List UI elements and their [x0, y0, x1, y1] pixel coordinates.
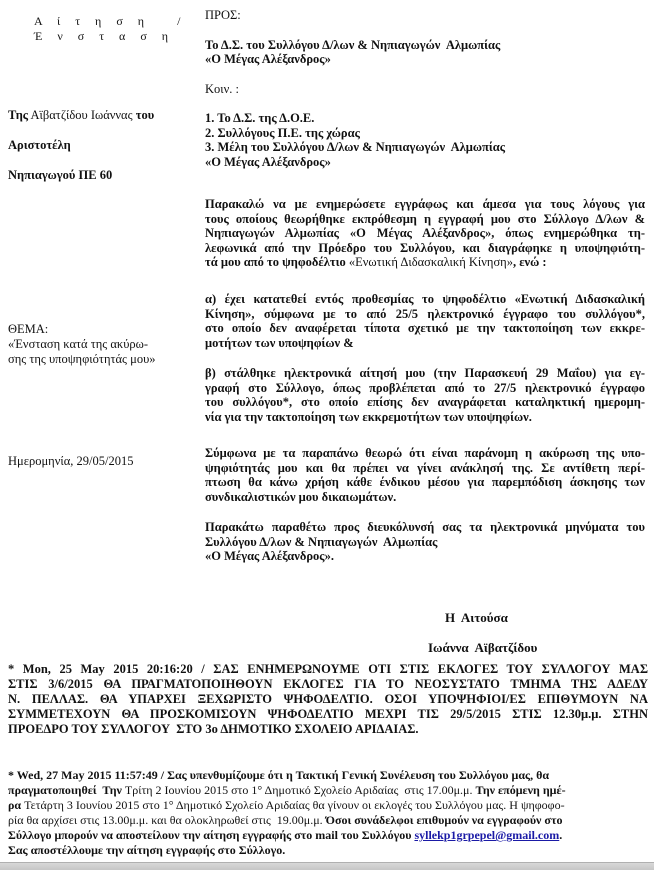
paragraph-request: Παρακαλώ να με ενημερώσετε εγγράφως και … — [205, 197, 645, 270]
paragraph-attachments: Παρακάτω παραθέτω προς διευκόλυνσή σας τ… — [205, 520, 645, 564]
email-note-1: * Mon, 25 May 2015 20:16:20 / ΣΑΣ ΕΝΗΜΕΡ… — [8, 662, 648, 737]
note2-line6: Σας αποστέλλουμε την αίτηση εγγραφής στο… — [8, 843, 648, 858]
subject-label: ΘΕΜΑ: — [8, 322, 188, 337]
p1-line: Παρακαλώ να με ενημερώσετε εγγράφως και … — [205, 197, 645, 212]
cc-item-3: 3. Μέλη του Συλλόγου Δ/λων & Νηπιαγωγών … — [205, 140, 645, 155]
pb-line: β) στάλθηκε ηλεκτρονικά αίτησή μου (την … — [205, 366, 645, 381]
note2-l2-normal: Τρίτη 2 Ιουνίου 2015 στο 1° Δημοτικό Σχο… — [125, 783, 476, 797]
p1-line-last: τά μου από το ψηφοδέλτιο «Ενωτική Διδασκ… — [205, 255, 645, 270]
pb-line: του συλλόγου*, στο οποίο επίσης δεν αναγ… — [205, 395, 645, 410]
sender-suffix: του — [136, 108, 155, 122]
note2-l2-bold: πραγματοποιηθεί Την — [8, 783, 125, 797]
note2-line4: ρία θα αρχίσει στις 13.00μ.μ. και θα ολο… — [8, 813, 648, 828]
note2-l3-bold: ρα — [8, 798, 24, 812]
note1-line: ΣΤΙΣ 3/6/2015 ΘΑ ΠΡΑΓΜΑΤΟΠΟΙΗΘΟΥΝ ΕΚΛΟΓΕ… — [8, 677, 648, 692]
pa-line: Κίνηση», σύμφωνα με το από 25/5 ηλεκτρον… — [205, 307, 645, 322]
p1-last-suffix: , ενώ : — [513, 255, 547, 269]
note1-line: Ν. ΠΕΛΛΑΣ. ΘΑ ΥΠΑΡΧΕΙ ΞΕΧΩΡΙΣΤΟ ΨΗΦΟΔΕΛΤ… — [8, 692, 648, 707]
to-label: ΠΡΟΣ: — [205, 8, 645, 23]
to-line1: Το Δ.Σ. του Συλλόγου Δ/λων & Νηπιαγωγών … — [205, 38, 645, 53]
note2-line3: ρα Τετάρτη 3 Ιουνίου 2015 στο 1° Δημοτικ… — [8, 798, 648, 813]
paragraph-conclusion: Σύμφωνα με τα παραπάνω θεωρώ ότι είναι π… — [205, 446, 645, 504]
sender-block: Της Αϊβατζίδου Ιωάννας του Αριστοτέλη Νη… — [8, 108, 188, 183]
recipient-block: ΠΡΟΣ: Το Δ.Σ. του Συλλόγου Δ/λων & Νηπια… — [205, 8, 645, 169]
signature-name: Ιωάννα Αϊβατζίδου — [428, 640, 537, 656]
window-bottom-edge — [0, 862, 654, 870]
pa-line: στο οποίο δεν αναφέρεται τίποτα σχετικό … — [205, 321, 645, 336]
subject-line1: «Ένσταση κατά της ακύρω- — [8, 337, 188, 352]
subject-line2: σης της υποψηφιότητάς μου» — [8, 352, 188, 367]
paragraph-a: α) έχει κατατεθεί εντός προθεσμίας το ψη… — [205, 292, 645, 350]
ballot-name: «Ενωτική Διδασκαλική Κίνηση» — [349, 255, 513, 269]
document-title: Α ί τ η σ η / Έ ν σ τ α σ η — [34, 14, 174, 44]
note2-line2: πραγματοποιηθεί Την Τρίτη 2 Ιουνίου 2015… — [8, 783, 648, 798]
p1-line: Νηπιαγωγών Αλμωπίας «Ο Μέγας Αλέξανδρος»… — [205, 226, 645, 241]
note2-l3-normal: Τετάρτη 3 Ιουνίου 2015 στο 1° Δημοτικό Σ… — [24, 798, 564, 812]
subject-block: ΘΕΜΑ: «Ένσταση κατά της ακύρω- σης της υ… — [8, 322, 188, 367]
note2-l4-normal: ρία θα αρχίσει στις 13.00μ.μ. και θα ολο… — [8, 813, 326, 827]
email-link[interactable]: syllekp1grpepel@gmail.com — [414, 828, 559, 842]
cc-item-4: «Ο Μέγας Αλέξανδρος» — [205, 155, 645, 170]
p1-last-prefix: τά μου από το ψηφοδέλτιο — [205, 255, 349, 269]
note2-l2-bold-end: Την επόμενη ημέ- — [475, 783, 565, 797]
pa-line: μοτήτων των υποψηφίων & — [205, 336, 645, 351]
pd-line: «Ο Μέγας Αλέξανδρος». — [205, 549, 645, 564]
pa-line: α) έχει κατατεθεί εντός προθεσμίας το ψη… — [205, 292, 645, 307]
pc-line: Σύμφωνα με τα παραπάνω θεωρώ ότι είναι π… — [205, 446, 645, 461]
cc-label: Κοιν. : — [205, 82, 645, 97]
sender-prefix: Της — [8, 108, 28, 122]
pc-line: ψηφιότητάς μου και θα πρέπει να γίνει αν… — [205, 461, 645, 476]
note2-l4-bold: Όσοι συνάδελφοι επιθυμούν να εγγραφούν σ… — [326, 813, 563, 827]
note2-line1: * Wed, 27 May 2015 11:57:49 / Σας υπενθυ… — [8, 768, 648, 783]
sender-line1: Της Αϊβατζίδου Ιωάννας του — [8, 108, 188, 123]
note2-l5-text: Σύλλογο μπορούν να αποστείλουν την αίτησ… — [8, 828, 414, 842]
document-title-line2: Έ ν σ τ α σ η — [34, 29, 174, 44]
pb-line: γραφή στο Σύλλογο, όπως προβλέπεται από … — [205, 381, 645, 396]
sender-father: Αριστοτέλη — [8, 138, 188, 153]
note2-l5-end: . — [559, 828, 562, 842]
note2-line5: Σύλλογο μπορούν να αποστείλουν την αίτησ… — [8, 828, 648, 843]
date: Ημερομηνία, 29/05/2015 — [8, 454, 188, 469]
sender-role: Νηπιαγωγού ΠΕ 60 — [8, 168, 188, 183]
pd-line: Παρακάτω παραθέτω προς διευκόλυνσή σας τ… — [205, 520, 645, 535]
email-note-2: * Wed, 27 May 2015 11:57:49 / Σας υπενθυ… — [8, 768, 648, 858]
p1-line: λεφωνικά από την Πρόεδρο του Συλλόγου, κ… — [205, 241, 645, 256]
pc-line: πτωση θα κάνω χρήση κάθε ένδικου μέσου γ… — [205, 475, 645, 490]
sender-name: Αϊβατζίδου Ιωάννας — [28, 108, 136, 122]
note1-line: * Mon, 25 May 2015 20:16:20 / ΣΑΣ ΕΝΗΜΕΡ… — [8, 662, 648, 677]
note1-line: ΣΥΜΜΕΤΕΧΟΥΝ ΘΑ ΠΡΟΣΚΟΜΙΣΟΥΝ ΨΗΦΟΔΕΛΤΙΟ Μ… — [8, 707, 648, 722]
signature-title: Η Αιτούσα — [445, 610, 508, 626]
paragraph-b: β) στάλθηκε ηλεκτρονικά αίτησή μου (την … — [205, 366, 645, 424]
note1-line: ΠΡΟΕΔΡΟ ΤΟΥ ΣΥΛΛΟΓΟΥ ΣΤΟ 3ο ΔΗΜΟΤΙΚΟ ΣΧΟ… — [8, 722, 648, 737]
cc-item-2: 2. Συλλόγους Π.Ε. της χώρας — [205, 126, 645, 141]
pc-line: συνδικαλιστικών μου δικαιωμάτων. — [205, 490, 645, 505]
pd-line: Συλλόγου Δ/λων & Νηπιαγωγών Αλμωπίας — [205, 535, 645, 550]
cc-item-1: 1. Το Δ.Σ. της Δ.Ο.Ε. — [205, 111, 645, 126]
document-title-line1: Α ί τ η σ η / — [34, 14, 174, 29]
to-line2: «Ο Μέγας Αλέξανδρος» — [205, 52, 645, 67]
pb-line: νία για την τακτοποίηση των εκκρεμοτήτων… — [205, 410, 645, 425]
p1-line: τους οποίους θεωρήθηκε εκπρόθεσμη η εγγρ… — [205, 212, 645, 227]
